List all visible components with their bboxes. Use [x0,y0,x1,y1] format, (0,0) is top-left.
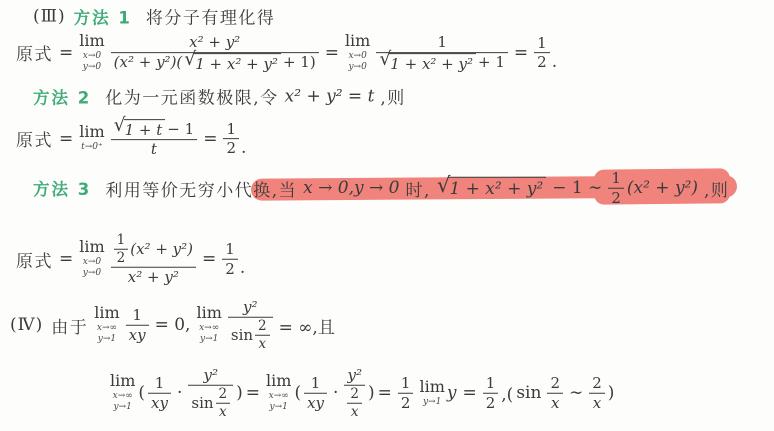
subscript-y: y→1 [114,402,132,413]
limit-operator: lim x→∞ y→1 [266,373,291,413]
sin-function: sin [516,383,541,403]
method-2-text: 化为一元函数极限,令 [105,84,278,109]
numerator: y² [228,298,273,317]
numerator-paren: (x² + y²) [130,240,193,259]
lim-word: lim [196,305,221,321]
fraction-two-over-x: 2 x [589,374,605,413]
original-expression-label: 原式 [16,247,53,272]
equals-sign: = [514,43,528,63]
subscript-x: x→∞ [199,323,219,334]
part4-equation: lim x→∞ y→1 ( 1 xy · y² sin 2 x ) = lim [110,366,614,421]
limit-operator: lim x→0 y→0 [79,239,104,279]
numerator: 2 [589,374,605,393]
fraction-one-half: 1 2 [223,120,239,159]
subscript-x: x→∞ [269,391,289,402]
fraction: 1 2 (x² + y²) x² + y² [111,232,196,287]
sqrt-expression: √ 1 + x² + y² [379,53,476,73]
denominator: x [347,402,362,420]
sqrt-expression: √ 1 + x² + y² [437,177,546,199]
equals-sign: = [378,383,392,403]
subscript-y: y→1 [423,397,441,408]
denominator-suffix: + 1) [283,54,316,73]
denominator: xy [304,393,327,413]
denominator: 2 x [344,385,365,421]
limit-subscript: x→∞ y→1 [269,391,289,413]
limit-operator: lim x→0 y→0 [345,33,370,73]
radicand: 1 + x² + y² [448,177,546,199]
left-paren: ( [138,383,145,403]
right-paren: ) [608,383,615,403]
left-paren: ( [294,383,301,403]
denominator: 2 [483,393,499,413]
numerator: 2 [347,386,362,403]
denominator: t [111,139,198,159]
numerator: y² [188,366,233,385]
limit-operator: lim x→∞ y→1 [196,305,221,345]
radicand: 1 + t [124,119,166,139]
section-3-label: (Ⅲ) [33,6,66,26]
original-expression-label: 原式 [16,41,53,66]
subscript-y: y→1 [200,334,218,345]
limit-subscript: t→0⁺ [81,143,103,154]
lim-word: lim [419,379,444,395]
limit-subscript: x→0 y→0 [83,51,101,73]
method-3-ze: ,则 [704,176,729,201]
denominator-prefix: (x² + y²)( [114,54,183,73]
denominator: 2 [608,188,624,208]
numerator: 1 [304,374,327,393]
denominator: 2 [534,53,550,73]
sqrt-symbol: √ [379,51,391,70]
limit-subscript: x→∞ y→1 [97,323,117,345]
comma-left-paren: ,( [501,385,513,405]
limit-operator: lim x→∞ y→1 [94,305,119,345]
y-variable: y [447,383,457,403]
method-3-shi: 时, [405,176,430,201]
period: . [241,138,246,158]
denominator: x [589,393,605,413]
right-paren: ) [236,383,243,403]
subscript-y: y→0 [348,62,366,73]
fraction-one-half: 1 2 [483,374,499,413]
equals-sign: = [325,43,339,63]
numerator: 1 [222,240,238,259]
subscript-x: x→0 [83,257,101,268]
numerator: 2 [547,374,563,393]
subscript-y: y→0 [83,62,101,73]
subscript-x: x→∞ [97,323,117,334]
fraction: 1 √ 1 + x² + y² + 1 [376,33,508,73]
denominator: sin 2 x [228,317,273,353]
method-1-text: 将分子有理化得 [146,4,276,29]
fraction-one-half: 1 2 [534,34,550,73]
sqrt-symbol: √ [437,175,451,196]
sqrt-expression: √ 1 + t [114,119,166,139]
numerator: 1 [223,120,239,139]
fraction-one-half: 1 2 [398,374,414,413]
equals-zero: = 0, [155,315,191,335]
denominator: 2 [222,259,238,279]
method-3-label: 方法 3 [33,176,91,200]
numerator: 1 [534,34,550,53]
subscript-y: y→0 [83,268,101,279]
fraction: √ 1 + t − 1 t [111,119,198,159]
lim-word: lim [79,239,104,255]
equals-sign: = [59,43,73,63]
limit-subscript: x→∞ y→1 [199,323,219,345]
right-paren: ) [368,383,375,403]
equals-sign: = [462,383,476,403]
denominator: 2 [223,139,239,159]
fraction-two-over-x: 2 x [547,374,563,413]
limit-subscript: x→0 y→0 [83,257,101,279]
numerator: 1 2 (x² + y²) [111,232,196,267]
method-2-label: 方法 2 [33,84,91,108]
subscript-t: t→0⁺ [81,143,103,154]
fraction-two-over-x: 2 x [216,386,231,421]
part4-statement: (Ⅳ) 由于 lim x→∞ y→1 1 xy = 0, lim x→∞ y→1… [10,298,335,353]
subscript-x: x→0 [83,51,101,62]
limit-operator: lim x→∞ y→1 [110,373,135,413]
original-expression-label: 原式 [16,127,53,152]
radicand: 1 + x² + y² [389,53,476,73]
fraction: x² + y² (x² + y²)( √ 1 + x² + y² + 1) [111,33,319,73]
limit-subscript: x→0 y→0 [348,51,366,73]
period: . [240,258,245,278]
numerator: 1 [608,169,624,188]
sqrt-symbol: √ [184,51,196,70]
denominator: x [255,334,270,352]
method-2-text-end: ,则 [380,84,405,109]
fraction-two-over-x: 2 x [347,386,362,421]
fraction: 1 xy [126,306,149,345]
lim-word: lim [110,373,135,389]
limit-operator: lim x→0 y→0 [79,33,104,73]
subscript-x: x→0 [348,51,366,62]
lim-word: lim [345,33,370,49]
denominator: 2 [398,393,414,413]
numerator: x² + y² [111,33,319,52]
equivalent-expression: (x² + y²) [627,178,698,198]
fraction: 1 xy [148,374,171,413]
denominator: x [547,393,563,413]
limit-subscript: y→1 [423,397,441,408]
method1-heading: (Ⅲ) 方法 1 将分子有理化得 [33,4,275,29]
limit-operator: lim y→1 [419,379,444,408]
fraction-one-half: 1 2 [114,232,129,267]
subscript-x: x→∞ [113,391,133,402]
method3-equation: 原式 = lim x→0 y→0 1 2 (x² + y²) x² + y² =… [16,232,245,287]
numerator: √ 1 + t − 1 [111,119,198,139]
sin-function: sin [231,326,253,345]
numerator: 1 [398,374,414,393]
numerator: 1 [114,232,129,249]
fraction: 1 xy [304,374,327,413]
equivalence-tail: − 1 ∼ [552,178,602,198]
multiplication-dot: · [177,383,182,403]
denominator: x² + y² [111,267,196,287]
subscript-y: y→1 [98,334,116,345]
denominator: x [216,402,231,420]
section-4-label: (Ⅳ) [10,315,43,335]
method3-heading: 方法 3 利用等价无穷小代换,当 x → 0,y → 0 时, √ 1 + x²… [33,169,729,208]
equals-sign: = [246,383,260,403]
substitution-math: x² + y² = t [285,86,375,106]
numerator: 2 [216,386,231,403]
tilde-equivalence: ∼ [569,383,583,403]
numerator: 1 [376,33,508,52]
period: . [552,52,557,72]
since-text: 由于 [51,313,88,338]
radicand: 1 + x² + y² [194,53,281,73]
numerator: 1 [148,374,171,393]
method2-heading: 方法 2 化为一元函数极限,令 x² + y² = t ,则 [33,84,406,109]
limit-conditions-math: x → 0,y → 0 [303,178,399,198]
method1-equation: 原式 = lim x→0 y→0 x² + y² (x² + y²)( √ 1 … [16,33,557,73]
textbook-page: (Ⅲ) 方法 1 将分子有理化得 原式 = lim x→0 y→0 x² + y… [0,0,774,431]
denominator: xy [126,325,149,345]
denominator: sin 2 x [188,385,233,421]
equals-sign: = [59,249,73,269]
denominator-suffix: + 1 [478,54,505,73]
method-3-text: 利用等价无穷小代换,当 [105,176,297,201]
lim-word: lim [94,305,119,321]
numerator: y² [344,366,365,385]
fraction: y² sin 2 x [228,298,273,353]
lim-word: lim [79,125,104,141]
fraction-two-over-x: 2 x [255,318,270,353]
denominator: (x² + y²)( √ 1 + x² + y² + 1) [111,52,319,73]
numerator: 1 [483,374,499,393]
limit-subscript: x→∞ y→1 [113,391,133,413]
fraction: y² sin 2 x [188,366,233,421]
denominator: 2 [114,249,129,267]
equals-sign: = [203,129,217,149]
limit-operator: lim t→0⁺ [79,125,104,154]
subscript-y: y→1 [270,402,288,413]
lim-word: lim [79,33,104,49]
equals-sign: = [59,129,73,149]
equals-infinity: = ∞,且 [279,313,335,338]
multiplication-dot: · [333,383,338,403]
fraction: y² 2 x [344,366,365,421]
lim-word: lim [266,373,291,389]
sin-function: sin [191,394,213,413]
equals-sign: = [202,249,216,269]
fraction-one-half: 1 2 [222,240,238,279]
method-1-label: 方法 1 [74,4,132,28]
fraction-one-half: 1 2 [608,169,624,208]
denominator: xy [148,393,171,413]
sqrt-symbol: √ [114,117,126,136]
numerator: 1 [126,306,149,325]
sqrt-expression: √ 1 + x² + y² [184,53,281,73]
numerator: 2 [255,318,270,335]
denominator: √ 1 + x² + y² + 1 [376,52,508,73]
minus-one: − 1 [167,120,194,139]
method2-equation: 原式 = lim t→0⁺ √ 1 + t − 1 t = 1 2 . [16,119,246,159]
